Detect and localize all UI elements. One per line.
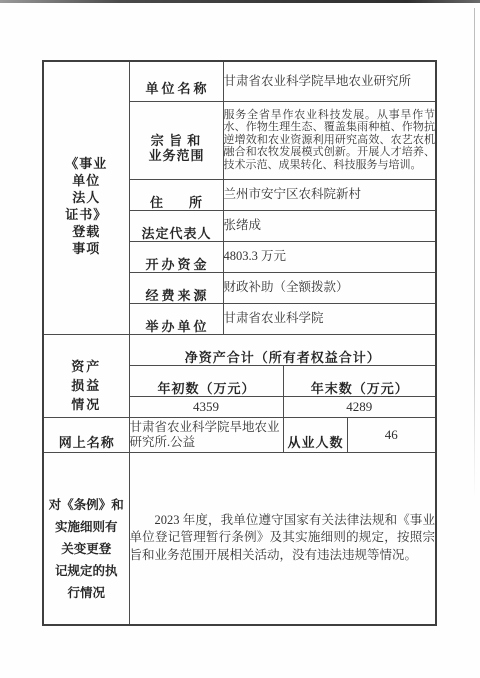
online-name-value: 甘肃省农业科学院旱地农业研究所.公益	[129, 417, 283, 452]
compliance-statement-cell: 2023 年度，我单位遵守国家有关法律法规和《事业单位登记管理暂行条例》及其实施…	[129, 452, 436, 625]
field-label-unit-name: 单位名称	[129, 61, 223, 101]
section-label-certificate-items: 《事业 单位 法人 证书》 登载 事项	[43, 61, 129, 334]
field-label-purpose-scope: 宗 旨 和 业务范围	[129, 101, 223, 179]
row-online-name: 网上名称 甘肃省农业科学院旱地农业研究所.公益 从业人数 46	[43, 417, 436, 452]
online-name-label: 网上名称	[43, 417, 129, 452]
field-value-purpose-scope: 服务全省旱作农业科技发展。从事旱作节水、作物生理生态、覆盖集雨种植、作物抗逆增效…	[223, 101, 436, 179]
section-label-assets: 资产 损益 情况	[43, 334, 129, 417]
net-assets-header: 净资产合计（所有者权益合计）	[129, 334, 436, 365]
scan-artifact-top-edge	[0, 0, 480, 3]
year-start-value: 4359	[129, 396, 283, 417]
field-value-initial-fund: 4803.3 万元	[223, 241, 436, 272]
field-label-address: 住 所	[129, 179, 223, 210]
year-end-value: 4289	[283, 396, 436, 417]
compliance-section-title: 对《条例》和 实施细则有 关变更登 记规定的执 行情况	[49, 498, 124, 600]
row-unit-name: 《事业 单位 法人 证书》 登载 事项 单位名称 甘肃省农业科学院旱地农业研究所	[43, 61, 436, 101]
field-value-sponsor-unit: 甘肃省农业科学院	[223, 303, 436, 334]
section-label-compliance: 对《条例》和 实施细则有 关变更登 记规定的执 行情况	[43, 452, 129, 625]
field-label-legal-representative: 法定代表人	[129, 210, 223, 241]
scanned-document-page: 《事业 单位 法人 证书》 登载 事项 单位名称 甘肃省农业科学院旱地农业研究所…	[0, 0, 480, 678]
field-label-funding-source: 经费来源	[129, 272, 223, 303]
field-value-legal-representative: 张绪成	[223, 210, 436, 241]
staff-count-value: 46	[347, 417, 436, 452]
year-end-label: 年末数（万元）	[283, 365, 436, 396]
field-label-initial-fund: 开办资金	[129, 241, 223, 272]
field-label-sponsor-unit: 举办单位	[129, 303, 223, 334]
scan-artifact-right-edge	[474, 8, 475, 500]
certificate-section-title: 《事业 单位 法人 证书》 登载 事项	[65, 156, 107, 256]
assets-section-title: 资产 损益 情况	[71, 359, 101, 412]
field-value-unit-name: 甘肃省农业科学院旱地农业研究所	[223, 61, 436, 101]
compliance-statement: 2023 年度，我单位遵守国家有关法律法规和《事业单位登记管理暂行条例》及其实施…	[130, 512, 436, 565]
registration-form-table: 《事业 单位 法人 证书》 登载 事项 单位名称 甘肃省农业科学院旱地农业研究所…	[42, 60, 437, 626]
staff-count-label: 从业人数	[283, 417, 347, 452]
row-net-assets-header: 资产 损益 情况 净资产合计（所有者权益合计）	[43, 334, 436, 365]
field-value-funding-source: 财政补助（全额拨款）	[223, 272, 436, 303]
row-compliance: 对《条例》和 实施细则有 关变更登 记规定的执 行情况 2023 年度，我单位遵…	[43, 452, 436, 625]
field-value-address: 兰州市安宁区农科院新村	[223, 179, 436, 210]
year-start-label: 年初数（万元）	[129, 365, 283, 396]
